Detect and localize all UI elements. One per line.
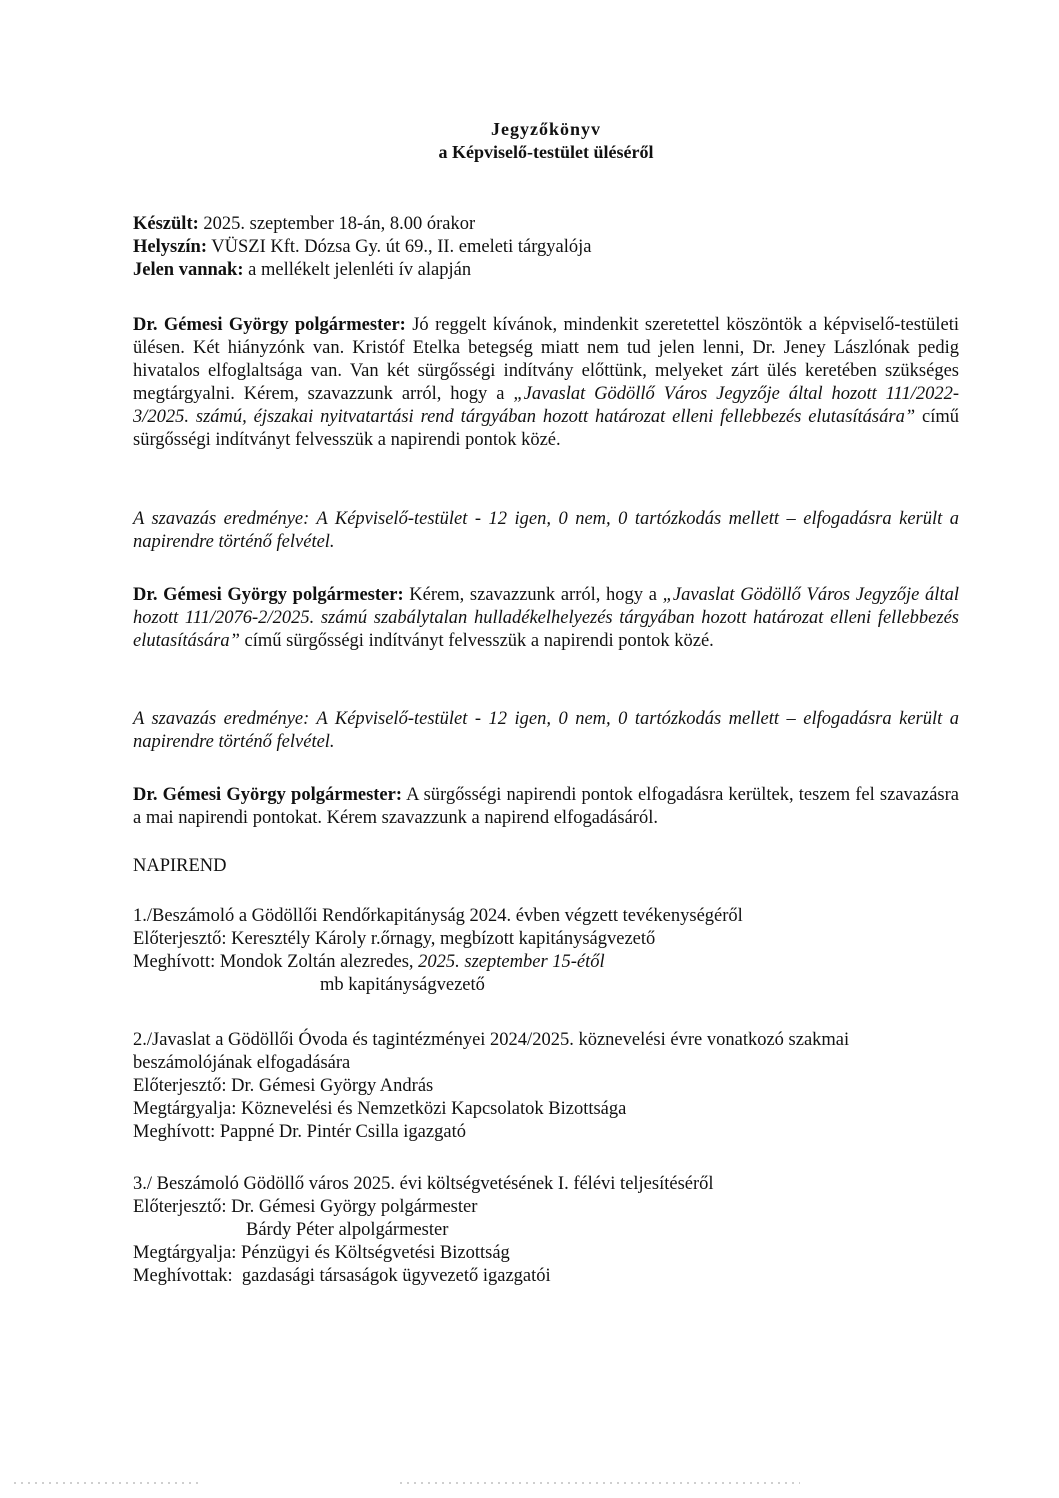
meta-value: a mellékelt jelenléti ív alapján xyxy=(244,260,472,280)
meta-label: Készült: xyxy=(133,214,199,234)
invited-date: 2025. szeptember 15-étől xyxy=(418,952,605,972)
agenda-item-presenter: Előterjesztő: Dr. Gémesi György András xyxy=(133,1075,959,1098)
speaker-name: Dr. Gémesi György polgármester: xyxy=(133,315,406,335)
agenda-item-presenter: Előterjesztő: Dr. Gémesi György polgárme… xyxy=(133,1196,959,1219)
vote-result-1: A szavazás eredménye: A Képviselő-testül… xyxy=(133,508,959,554)
paragraph-text: című sürgősségi indítványt felvesszük a … xyxy=(240,631,714,651)
meta-label: Jelen vannak: xyxy=(133,260,244,280)
speaker-name: Dr. Gémesi György polgármester: xyxy=(133,785,402,805)
scan-noise xyxy=(400,1482,800,1484)
agenda-heading: NAPIREND xyxy=(133,855,959,878)
meta-value: VÜSZI Kft. Dózsa Gy. út 69., II. emeleti… xyxy=(207,237,591,257)
agenda-item-invited: Meghívott: Pappné Dr. Pintér Csilla igaz… xyxy=(133,1121,959,1144)
meeting-details: Készült: 2025. szeptember 18-án, 8.00 ór… xyxy=(133,213,959,282)
paragraph-second-motion: Dr. Gémesi György polgármester: Kérem, s… xyxy=(133,584,959,653)
agenda-item-1: 1./Beszámoló a Gödöllői Rendőrkapitánysá… xyxy=(133,905,959,997)
paragraph-opening: Dr. Gémesi György polgármester: Jó regge… xyxy=(133,314,959,452)
agenda-item-invited: Meghívott: Mondok Zoltán alezredes, 2025… xyxy=(133,951,959,974)
document-title: Jegyzőkönyv xyxy=(133,118,959,141)
agenda-item-title: 2./Javaslat a Gödöllői Óvoda és tagintéz… xyxy=(133,1029,893,1075)
scan-noise xyxy=(14,1482,199,1484)
agenda-item-title: 3./ Beszámoló Gödöllő város 2025. évi kö… xyxy=(133,1173,959,1196)
document-header: Jegyzőkönyv a Képviselő-testület ülésérő… xyxy=(133,118,959,164)
meta-label: Helyszín: xyxy=(133,237,207,257)
agenda-item-presenter-2: Bárdy Péter alpolgármester xyxy=(133,1219,959,1242)
agenda-item-title: 1./Beszámoló a Gödöllői Rendőrkapitánysá… xyxy=(133,905,959,928)
paragraph-text: Kérem, szavazzunk arról, hogy a xyxy=(404,585,663,605)
meta-attendees: Jelen vannak: a mellékelt jelenléti ív a… xyxy=(133,259,959,282)
agenda-item-invited-role: mb kapitányságvezető xyxy=(133,974,959,997)
meta-created: Készült: 2025. szeptember 18-án, 8.00 ór… xyxy=(133,213,959,236)
agenda-item-discussed-by: Megtárgyalja: Köznevelési és Nemzetközi … xyxy=(133,1098,959,1121)
document-subtitle: a Képviselő-testület üléséről xyxy=(133,141,959,164)
agenda-item-presenter: Előterjesztő: Keresztély Károly r.őrnagy… xyxy=(133,928,959,951)
agenda-item-2: 2./Javaslat a Gödöllői Óvoda és tagintéz… xyxy=(133,1029,959,1144)
meta-location: Helyszín: VÜSZI Kft. Dózsa Gy. út 69., I… xyxy=(133,236,959,259)
agenda-item-3: 3./ Beszámoló Gödöllő város 2025. évi kö… xyxy=(133,1173,959,1288)
invited-text: Meghívott: Mondok Zoltán alezredes, xyxy=(133,952,418,972)
speaker-name: Dr. Gémesi György polgármester: xyxy=(133,585,404,605)
agenda-item-discussed-by: Megtárgyalja: Pénzügyi és Költségvetési … xyxy=(133,1242,959,1265)
agenda-item-invited: Meghívottak: gazdasági társaságok ügyvez… xyxy=(133,1265,959,1288)
vote-result-2: A szavazás eredménye: A Képviselő-testül… xyxy=(133,708,959,754)
meta-value: 2025. szeptember 18-án, 8.00 órakor xyxy=(199,214,475,234)
paragraph-agenda-vote: Dr. Gémesi György polgármester: A sürgős… xyxy=(133,784,959,830)
